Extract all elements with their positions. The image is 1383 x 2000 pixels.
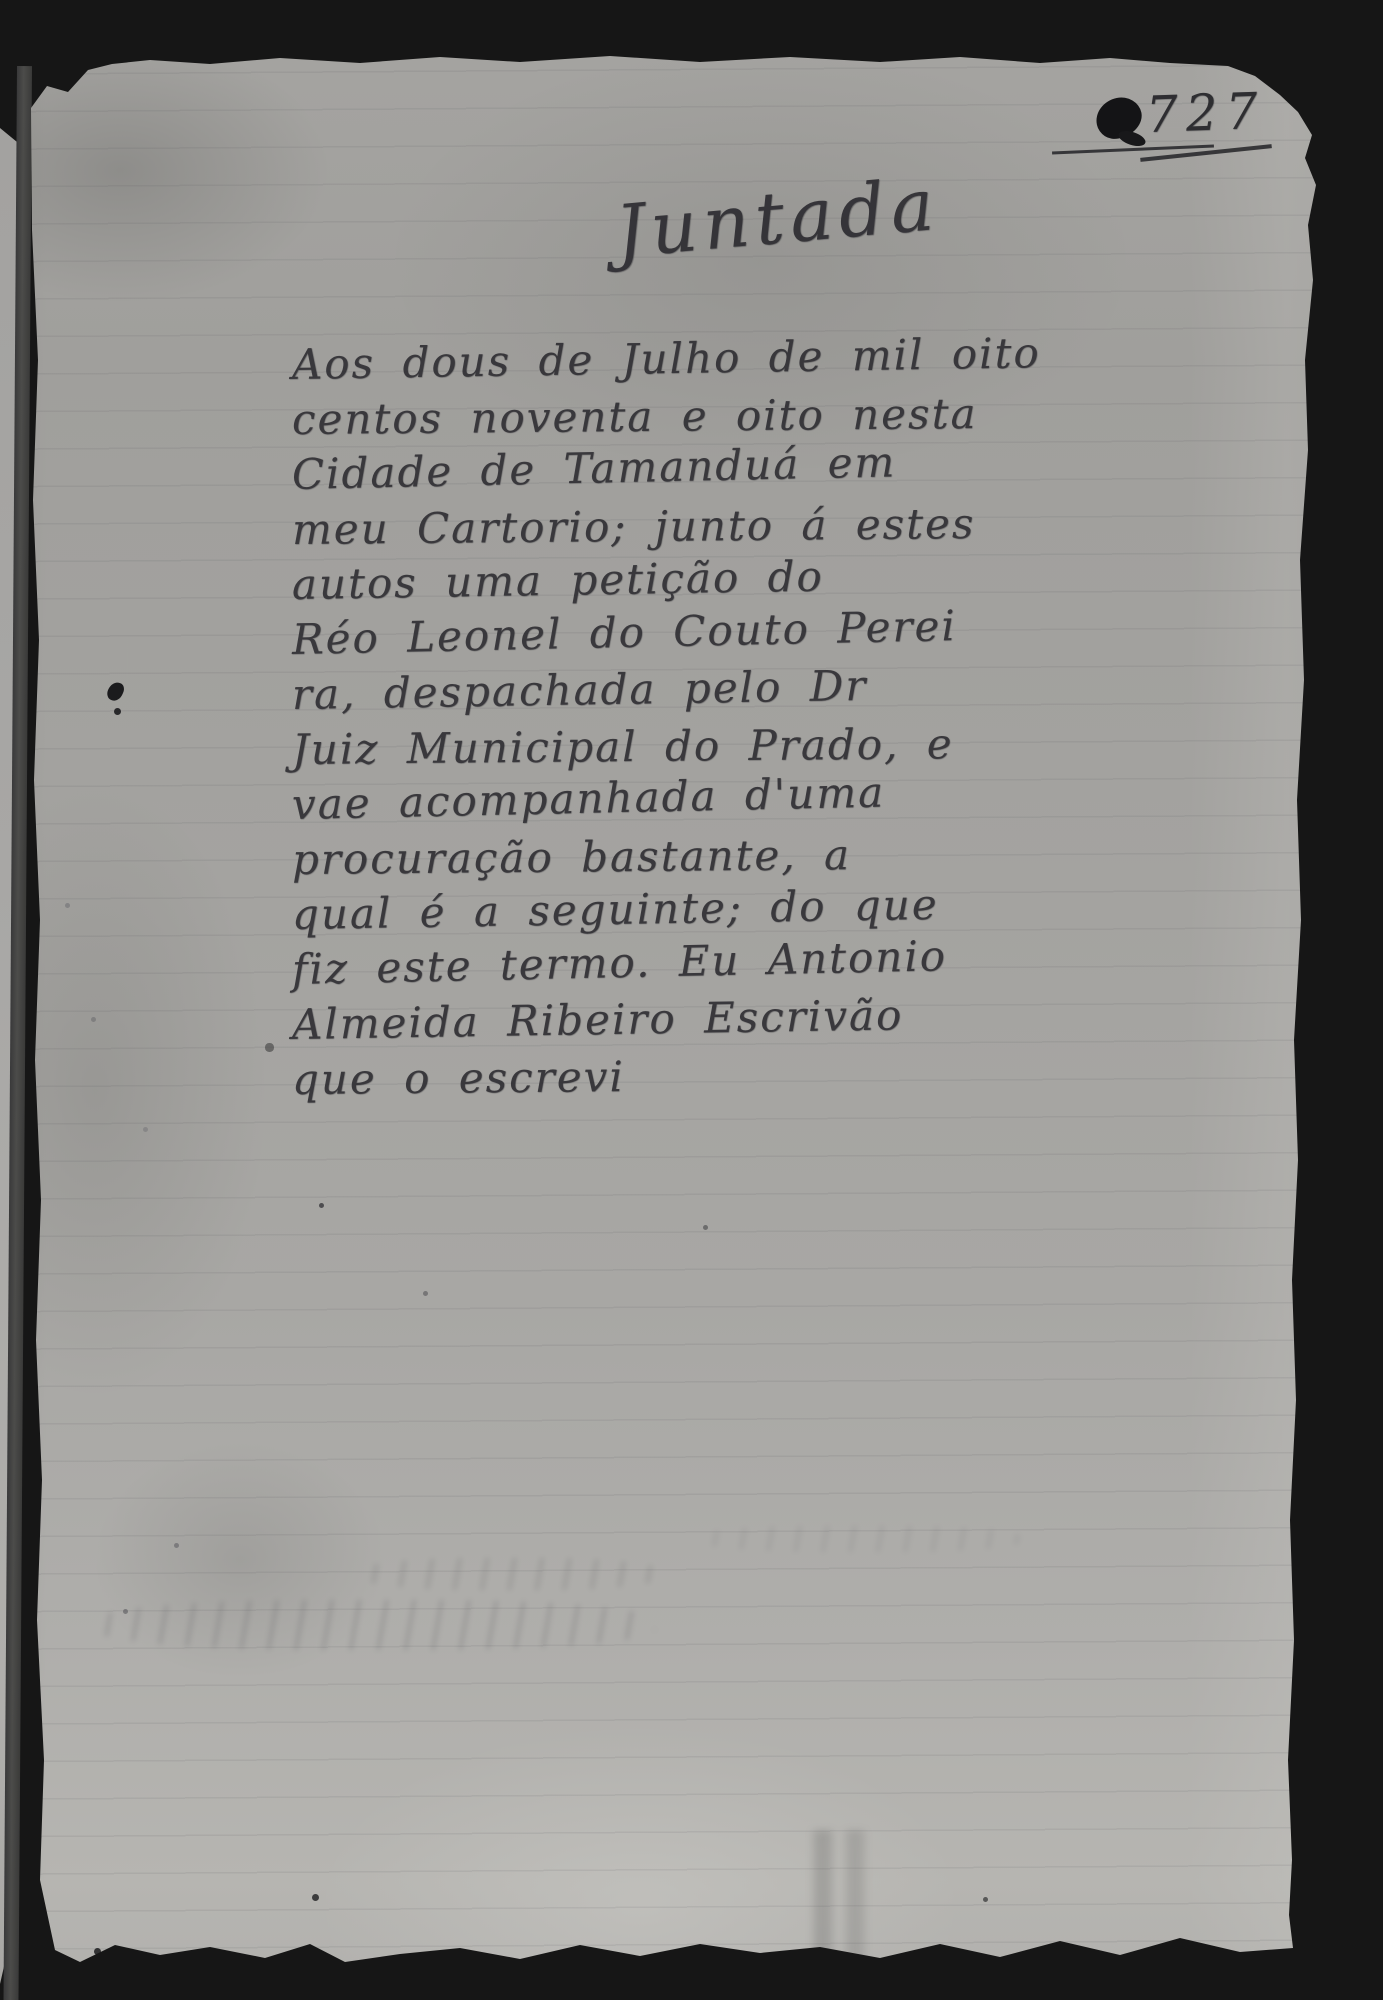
ink-speckles bbox=[0, 0, 3, 3]
page-number: 727 bbox=[1145, 82, 1266, 144]
ink-bleed-marks bbox=[700, 1526, 1020, 1552]
manuscript-body: Aos dous de Julho de mil oito centos nov… bbox=[292, 340, 1232, 1110]
scanner-streaks bbox=[778, 1830, 893, 1980]
manuscript-line: que o escrevi bbox=[292, 1047, 1232, 1110]
ink-bleed-marks bbox=[360, 1558, 660, 1590]
scanned-document: 727 Juntada Aos dous de Julho de mil oit… bbox=[0, 0, 1383, 2000]
manuscript-page: 727 Juntada Aos dous de Julho de mil oit… bbox=[0, 0, 1383, 2000]
ink-bleed-marks bbox=[95, 1600, 655, 1650]
